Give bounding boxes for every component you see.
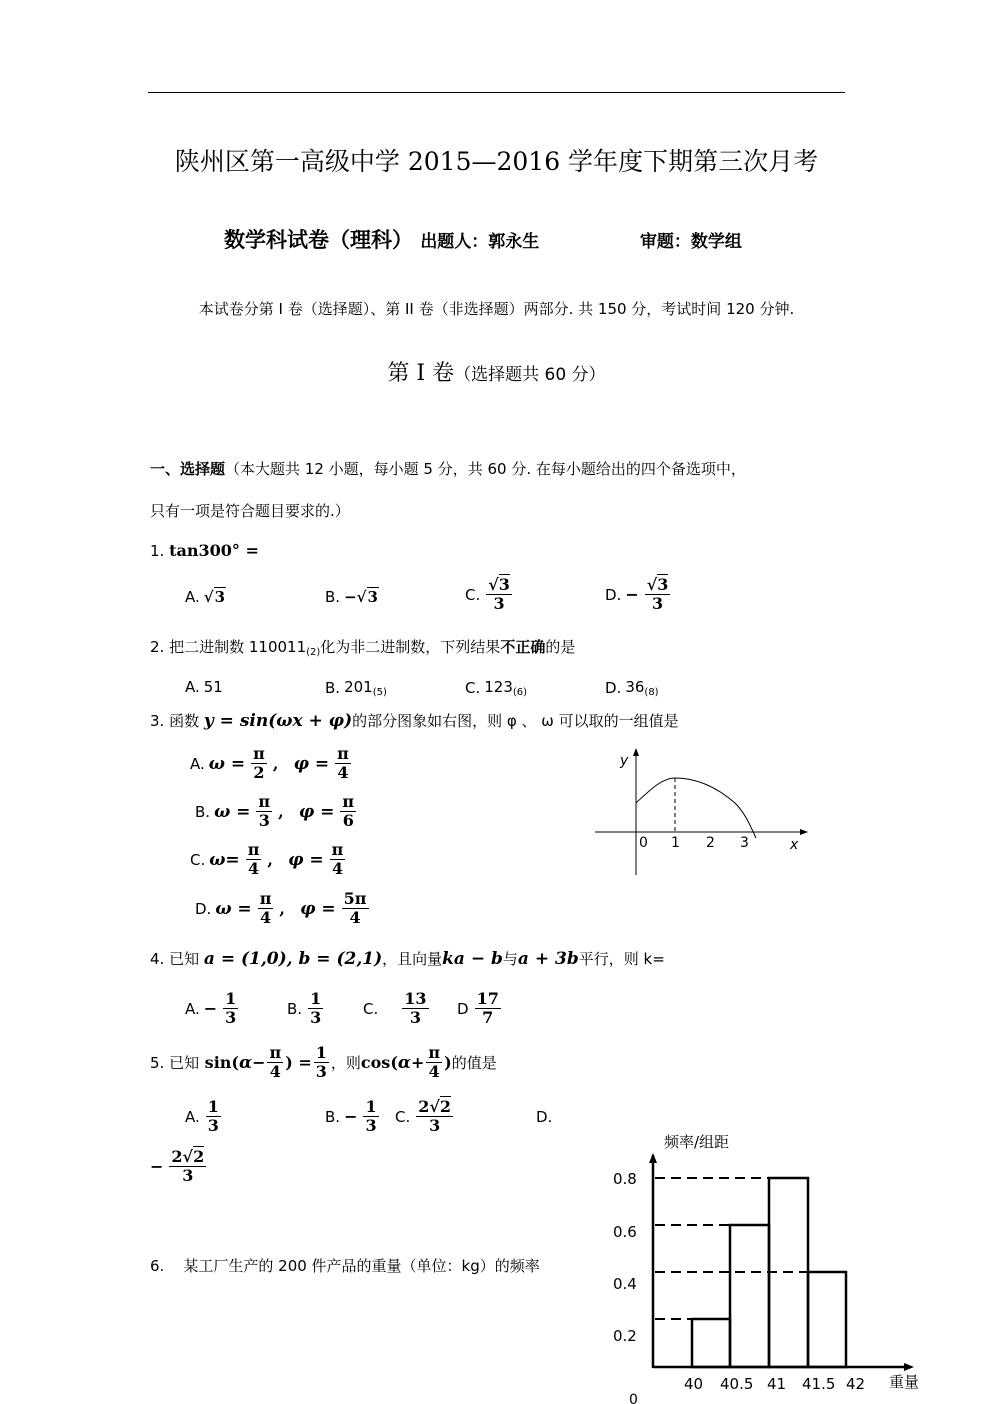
option-value: √33 xyxy=(645,576,671,613)
y-tick: 0.8 xyxy=(613,1170,637,1188)
bar-40.5 xyxy=(730,1225,769,1367)
option-value: 123 xyxy=(484,678,513,696)
q5-option-a[interactable]: A. 13 xyxy=(185,1098,223,1135)
q3-option-b[interactable]: B. ω =π3, φ =π6 xyxy=(195,793,358,830)
x-tick: 42 xyxy=(846,1375,865,1393)
origin-label: 0 xyxy=(629,1392,638,1404)
question-number: 6. xyxy=(150,1257,164,1275)
stem-formula: ka − b xyxy=(442,949,503,969)
section-heading-line: 一、选择题（本大题共 12 小题，每小题 5 分，共 60 分. 在每小题给出的… xyxy=(150,458,746,479)
q5-option-d[interactable]: D. xyxy=(536,1108,552,1126)
question-3: 3. 函数 y = sin(ωx + φ)的部分图象如右图，则 φ 、 ω 可以… xyxy=(150,710,679,731)
y-tick: 0.4 xyxy=(613,1275,637,1293)
q3-option-a[interactable]: A. ω =π2, φ =π4 xyxy=(190,745,353,782)
q2-option-d[interactable]: D.36(8) xyxy=(605,678,659,698)
x-tick: 41 xyxy=(767,1375,786,1393)
x-tick: 40.5 xyxy=(720,1375,753,1393)
q3-option-d[interactable]: D. ω =π4, φ =5π4 xyxy=(195,890,371,927)
base-subscript: (5) xyxy=(373,687,387,698)
question-4: 4. 已知 a = (1,0), b = (2,1)，且向量ka − b与a +… xyxy=(150,948,665,969)
base-subscript: (6) xyxy=(513,687,527,698)
q5-option-c[interactable]: C. 2√23 xyxy=(395,1098,455,1135)
option-label: C. xyxy=(395,1108,410,1126)
option-label: C. xyxy=(465,586,480,604)
option-value: 201 xyxy=(344,678,373,696)
exam-intro: 本试卷分第 I 卷（选择题）、第 II 卷（非选择题）两部分. 共 150 分，… xyxy=(0,298,993,319)
stem-part: 已知 xyxy=(169,1052,199,1073)
option-label: A. xyxy=(185,588,200,606)
section-description-2: 只有一项是符合题目要求的.） xyxy=(150,500,350,521)
y-tick: 0.6 xyxy=(613,1223,637,1241)
option-label: D. xyxy=(605,586,621,604)
volume-note: （选择题共 60 分） xyxy=(454,365,605,385)
option-label: A. xyxy=(185,1108,200,1126)
x-tick: 3 xyxy=(740,835,749,851)
q2-option-c[interactable]: C.123(6) xyxy=(465,678,527,698)
y-axis-label: y xyxy=(619,753,629,769)
q1-option-c[interactable]: C. √33 xyxy=(465,576,514,613)
question-stem: tan300° = xyxy=(169,541,259,560)
option-label: D. xyxy=(536,1108,552,1126)
option-value: −√3 xyxy=(344,588,379,606)
y-tick: 0.2 xyxy=(613,1327,637,1345)
option-label: A. xyxy=(190,755,205,773)
question-number: 2. xyxy=(150,638,164,656)
header-rule xyxy=(148,92,845,93)
bar-41.5 xyxy=(808,1272,846,1367)
x-axis-label: 重量 xyxy=(889,1373,919,1391)
option-label: B. xyxy=(325,679,340,697)
q5-option-b[interactable]: B. −13 xyxy=(325,1098,381,1135)
stem-formula: y = sin(ωx + φ) xyxy=(204,711,352,731)
arrow-up-icon xyxy=(649,1153,657,1163)
exam-subtitle: 数学科试卷（理科） 出题人：郭永生 审题：数学组 xyxy=(224,224,742,254)
question-1: 1. tan300° = xyxy=(150,541,259,560)
x-tick: 1 xyxy=(671,835,680,851)
x-tick: 0 xyxy=(639,835,648,851)
stem-part: 与 xyxy=(503,950,518,968)
option-label: D. xyxy=(195,900,211,918)
question-stem: 某工厂生产的 200 件产品的重量（单位：kg）的频率 xyxy=(183,1257,539,1275)
stem-part: ，则 xyxy=(331,1052,361,1073)
q2-option-a[interactable]: A.51 xyxy=(185,678,223,696)
option-label: C. xyxy=(363,1000,378,1018)
q1-option-a[interactable]: A. √3 xyxy=(185,588,226,606)
option-label: B. xyxy=(325,588,340,606)
arrow-right-icon xyxy=(800,829,808,835)
x-tick: 40 xyxy=(684,1375,703,1393)
option-label: B. xyxy=(325,1108,340,1126)
y-axis-label: 频率/组距 xyxy=(664,1133,729,1151)
author-label: 出题人：郭永生 xyxy=(420,232,539,252)
q5-option-d-value: −2√23 xyxy=(150,1148,208,1185)
stem-formula: a + 3b xyxy=(518,949,579,969)
q2-option-b[interactable]: B.201(5) xyxy=(325,678,387,698)
question-6: 6. 某工厂生产的 200 件产品的重量（单位：kg）的频率 xyxy=(150,1255,540,1276)
q4-option-d[interactable]: D 177 xyxy=(457,990,503,1027)
base-subscript: (2) xyxy=(306,647,320,658)
q4-option-c[interactable]: C. 133 xyxy=(363,990,431,1027)
arrow-right-icon xyxy=(904,1363,914,1371)
question-number: 5. xyxy=(150,1054,164,1072)
option-value: √33 xyxy=(486,576,512,613)
section-heading: 一、选择题 xyxy=(150,460,225,478)
option-label: D xyxy=(457,1000,469,1018)
stem-part: 的部分图象如右图，则 φ 、 ω 可以取的一组值是 xyxy=(352,712,679,730)
q4-option-b[interactable]: B. 13 xyxy=(287,990,325,1027)
question-number: 1. xyxy=(150,542,164,560)
q4-option-a[interactable]: A. −13 xyxy=(185,990,240,1027)
q1-option-b[interactable]: B. −√3 xyxy=(325,588,379,606)
option-label: D. xyxy=(605,679,621,697)
question-2: 2. 把二进制数 110011(2)化为非二进制数，下列结果不正确的是 xyxy=(150,636,575,658)
option-label: B. xyxy=(287,1000,302,1018)
x-tick: 41.5 xyxy=(802,1375,835,1393)
stem-formula: a = (1,0), b = (2,1) xyxy=(204,949,382,969)
volume-title: 第 I 卷 xyxy=(387,361,454,386)
q3-option-c[interactable]: C. ω=π4, φ =π4 xyxy=(190,841,347,878)
x-axis-label: x xyxy=(789,837,799,853)
option-label: C. xyxy=(465,679,480,697)
base-subscript: (8) xyxy=(644,687,658,698)
arrow-up-icon xyxy=(633,748,639,756)
option-label: A. xyxy=(185,1000,200,1018)
option-value: 36 xyxy=(625,678,644,696)
section-description: （本大题共 12 小题，每小题 5 分，共 60 分. 在每小题给出的四个备选项… xyxy=(225,460,746,478)
frequency-histogram: 频率/组距 0.8 0.6 0.4 0.2 40 40.5 41 41.5 42… xyxy=(600,1125,930,1404)
stem-emphasis: 不正确 xyxy=(500,638,545,656)
sine-graph: y x 0 1 2 3 xyxy=(590,745,820,880)
x-tick: 2 xyxy=(706,835,715,851)
exam-title: 陕州区第一高级中学 2015—2016 学年度下期第三次月考 xyxy=(0,142,993,178)
stem-part: 已知 xyxy=(169,950,199,968)
stem-part: 平行，则 k= xyxy=(579,950,665,968)
option-label: A. xyxy=(185,678,200,696)
question-number: 4. xyxy=(150,950,164,968)
stem-part: 的值是 xyxy=(452,1052,497,1073)
volume-heading: 第 I 卷（选择题共 60 分） xyxy=(0,356,993,387)
stem-part: 的是 xyxy=(545,638,575,656)
subject-label: 数学科试卷（理科） xyxy=(224,227,413,252)
stem-part: 把二进制数 110011 xyxy=(169,638,306,656)
question-number: 3. xyxy=(150,712,164,730)
option-value: √3 xyxy=(204,588,226,606)
reviewer-label: 审题：数学组 xyxy=(640,232,742,252)
q1-option-d[interactable]: D. −√33 xyxy=(605,576,672,613)
sine-curve xyxy=(636,778,756,838)
stem-part: 化为非二进制数，下列结果 xyxy=(320,638,500,656)
option-label: C. xyxy=(190,851,205,869)
stem-part: ，且向量 xyxy=(382,950,442,968)
option-value: 51 xyxy=(204,678,223,696)
option-label: B. xyxy=(195,803,210,821)
bar-40 xyxy=(692,1319,730,1367)
question-5: 5. 已知 sin(α−π4) =13 ，则 cos(α+π4) 的值是 xyxy=(150,1044,497,1081)
stem-part: 函数 xyxy=(169,712,199,730)
